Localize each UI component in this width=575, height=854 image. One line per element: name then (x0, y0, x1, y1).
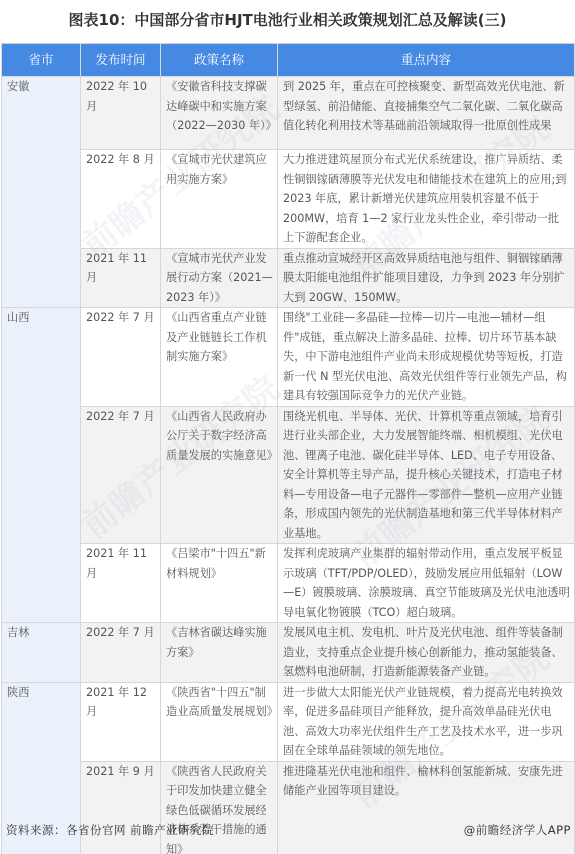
content-cell: 到 2025 年，重点在可控核聚变、新型高效光伏电池、新型绿氢、前沿储能、直接捕… (278, 77, 575, 150)
table-row: 2022 年 7 月 《山西省人民政府办公厅关于数字经济高质量发展的实施意见》 … (2, 406, 575, 544)
date-cell: 2022 年 7 月 (81, 406, 161, 544)
table-row: 2021 年 11 月 《宣城市光伏产业发展行动方案（2021—2023 年）》… (2, 248, 575, 308)
content-cell: 围绕"工业硅—多晶硅—拉棒—切片—电池—辅材—组件"成链，重点解决上游多晶硅、拉… (278, 308, 575, 407)
date-cell: 2022 年 7 月 (81, 308, 161, 407)
table-row: 陕西 2021 年 12 月 《陕西省"十四五"制造业高质量发展规划》 进一步做… (2, 682, 575, 761)
header-province: 省市 (2, 44, 81, 77)
date-cell: 2022 年 8 月 (81, 150, 161, 249)
date-cell: 2021 年 11 月 (81, 248, 161, 308)
table-row: 2021 年 11 月 《吕梁市"十四五"新材料规划》 发挥利虎玻璃产业集群的辐… (2, 544, 575, 623)
policy-name-cell: 《吕梁市"十四五"新材料规划》 (161, 544, 278, 623)
content-cell: 推进隆基光伏电池和组件、榆林科创氢能新城、安康先进储能产业园等项目建设。 (278, 761, 575, 854)
policy-name-cell: 《山西省重点产业链及产业链链长工作机制实施方案》 (161, 308, 278, 407)
date-cell: 2021 年 9 月 (81, 761, 161, 854)
content-cell: 发展风电主机、发电机、叶片及光伏电池、组件等装备制造业，支持重点企业提升核心创新… (278, 623, 575, 683)
policy-table: 省市 发布时间 政策名称 重点内容 安徽 2022 年 10 月 《安徽省科技支… (1, 43, 575, 854)
content-cell: 发挥利虎玻璃产业集群的辐射带动作用，重点发展平板显示玻璃（TFT/PDP/OLE… (278, 544, 575, 623)
policy-name-cell: 《陕西省"十四五"制造业高质量发展规划》 (161, 682, 278, 761)
chart-title: 图表10：中国部分省市HJT电池行业相关政策规划汇总及解读(三) (0, 9, 575, 30)
header-date: 发布时间 (81, 44, 161, 77)
header-key-content: 重点内容 (278, 44, 575, 77)
policy-name-cell: 《陕西省人民政府关于印发加快建立健全绿色低碳循环发展经济体系若干措施的通知》 (161, 761, 278, 854)
province-cell-anhui: 安徽 (2, 77, 81, 308)
date-cell: 2022 年 7 月 (81, 623, 161, 683)
credit-note: @前瞻经济学人APP (464, 822, 571, 838)
header-policy-name: 政策名称 (161, 44, 278, 77)
policy-name-cell: 《山西省人民政府办公厅关于数字经济高质量发展的实施意见》 (161, 406, 278, 544)
content-cell: 重点推动宣城经开区高效异质结电池与组件、铜铟镓硒薄膜太阳能电池组件扩能项目建设，… (278, 248, 575, 308)
policy-name-cell: 《宣城市光伏产业发展行动方案（2021—2023 年）》 (161, 248, 278, 308)
content-cell: 围绕光机电、半导体、光伏、计算机等重点领域，培育引进行业头部企业，大力发展智能终… (278, 406, 575, 544)
table-row: 吉林 2022 年 7 月 《吉林省碳达峰实施方案》 发展风电主机、发电机、叶片… (2, 623, 575, 683)
date-cell: 2022 年 10 月 (81, 77, 161, 150)
table-row: 山西 2022 年 7 月 《山西省重点产业链及产业链链长工作机制实施方案》 围… (2, 308, 575, 407)
date-cell: 2021 年 11 月 (81, 544, 161, 623)
table-row: 2021 年 9 月 《陕西省人民政府关于印发加快建立健全绿色低碳循环发展经济体… (2, 761, 575, 854)
date-cell: 2021 年 12 月 (81, 682, 161, 761)
province-cell-shanxi: 山西 (2, 308, 81, 623)
policy-name-cell: 《吉林省碳达峰实施方案》 (161, 623, 278, 683)
policy-name-cell: 《宣城市光伏建筑应用实施方案》 (161, 150, 278, 249)
content-cell: 进一步做大太阳能光伏产业链规模，着力提高光电转换效率，促进多晶硅项目产能释放，提… (278, 682, 575, 761)
table-row: 2022 年 8 月 《宣城市光伏建筑应用实施方案》 大力推进建筑屋顶分布式光伏… (2, 150, 575, 249)
content-cell: 大力推进建筑屋顶分布式光伏系统建设，推广异质结、柔性铜铟镓硒薄膜等光伏发电和储能… (278, 150, 575, 249)
source-note: 资料来源：各省份官网 前瞻产业研究院 (6, 822, 214, 838)
table-header-row: 省市 发布时间 政策名称 重点内容 (2, 44, 575, 77)
table-row: 安徽 2022 年 10 月 《安徽省科技支撑碳达峰碳中和实施方案（2022—2… (2, 77, 575, 150)
policy-name-cell: 《安徽省科技支撑碳达峰碳中和实施方案（2022—2030 年）》 (161, 77, 278, 150)
province-cell-jilin: 吉林 (2, 623, 81, 683)
